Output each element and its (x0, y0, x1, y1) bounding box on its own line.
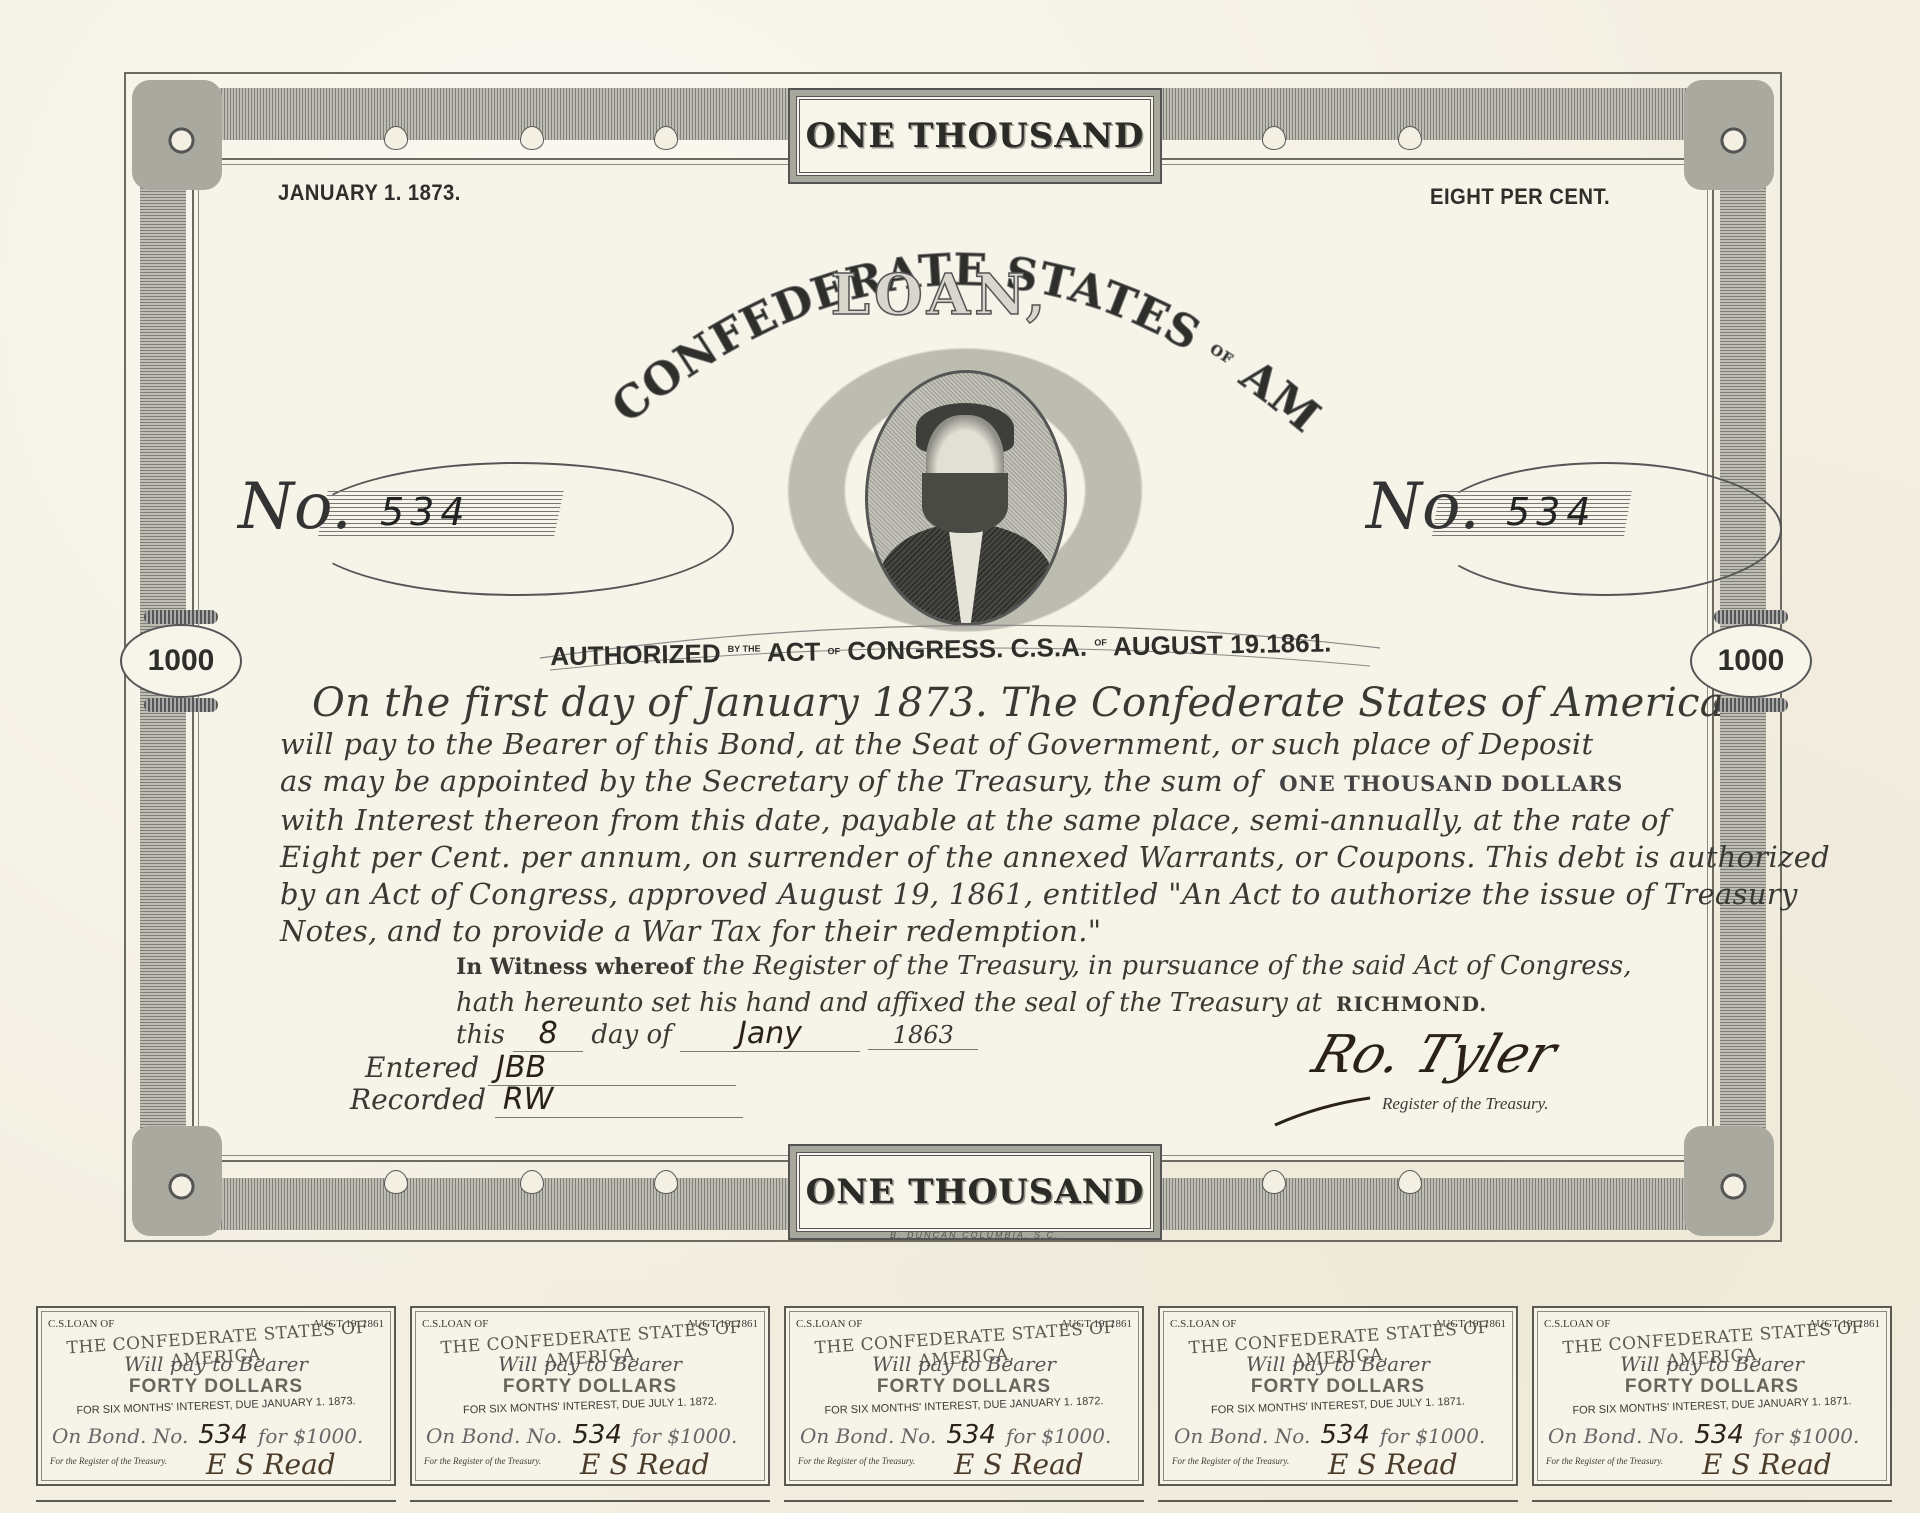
serial-value: 534 (380, 490, 471, 534)
witness-line-1: the Register of the Treasury, in pursuan… (702, 951, 1631, 981)
signature-flourish (1270, 1090, 1380, 1130)
terms-line: On the first day of January 1873. The Co… (280, 680, 1680, 726)
coupon-register-label: For the Register of the Treasury. (1546, 1456, 1663, 1466)
coupon-bond-line: On Bond. No.534for $1000. (1174, 1420, 1514, 1450)
auth-word-3: CONGRESS. C.S.A. (847, 632, 1087, 666)
coupon: C.S.LOAN OF AUGT 19. 1861 THE CONFEDERAT… (1532, 1306, 1892, 1486)
coupon-register-label: For the Register of the Treasury. (424, 1456, 541, 1466)
coupon-bond-value: for $1000. (1754, 1424, 1859, 1448)
coupon-bond-number: 534 (1694, 1420, 1744, 1450)
coupon-bond-value: for $1000. (1380, 1424, 1485, 1448)
coupon-bond-line: On Bond. No.534for $1000. (800, 1420, 1140, 1450)
coupon-bond-number: 534 (572, 1420, 622, 1450)
coupon-signature: E S Read (1328, 1448, 1458, 1481)
auth-word-4: AUGUST 19.1861. (1113, 628, 1332, 662)
corner-ornament-top-right (1684, 80, 1774, 190)
coupon: C.S.LOAN OF AUGT 19. 1861 THE CONFEDERAT… (410, 1306, 770, 1486)
fleur-ornament (1262, 1170, 1286, 1194)
portrait-vignette (765, 330, 1165, 650)
auth-by-the: BY THE (728, 643, 761, 654)
corner-ornament-top-left (132, 80, 222, 190)
coupon-bond-value: for $1000. (632, 1424, 737, 1448)
corner-ornament-bottom-right (1684, 1126, 1774, 1236)
coupon-edge (1158, 1500, 1518, 1513)
coupon-bond-label: On Bond. No. (52, 1424, 188, 1448)
coupon-loan-label: C.S.LOAN OF (1170, 1318, 1236, 1330)
coupon-bond-line: On Bond. No.534for $1000. (426, 1420, 766, 1450)
bottom-denomination: ONE THOUSAND (796, 1152, 1154, 1232)
terms-line: with Interest thereon from this date, pa… (280, 802, 1680, 839)
coupon-pay-text: Will pay to Bearer (412, 1352, 768, 1376)
coupon-edge (784, 1500, 1144, 1513)
serial-label: No. (1366, 470, 1480, 544)
coupon-pay-text: Will pay to Bearer (1534, 1352, 1890, 1376)
coupon-loan-label: C.S.LOAN OF (1544, 1318, 1610, 1330)
register-signature: Ro. Tyler (1305, 1025, 1563, 1085)
dated-month: Jany (680, 1016, 860, 1052)
terms-line: as may be appointed by the Secretary of … (280, 763, 1680, 802)
coupon-register-label: For the Register of the Treasury. (50, 1456, 167, 1466)
serial-value: 534 (1506, 490, 1597, 534)
value-medallion-left: 1000 (120, 624, 242, 698)
coupon-bond-label: On Bond. No. (1174, 1424, 1310, 1448)
coupon-loan-label: C.S.LOAN OF (48, 1318, 114, 1330)
serial-label: No. (238, 470, 352, 544)
coupon-loan-label: C.S.LOAN OF (796, 1318, 862, 1330)
coupon-bond-number: 534 (198, 1420, 248, 1450)
auth-word-1: AUTHORIZED (550, 638, 721, 671)
witness-clause: In Witness whereof the Register of the T… (456, 948, 1696, 1022)
recorded-label: Recorded (350, 1083, 486, 1116)
fleur-ornament (520, 126, 544, 150)
dated-year: 1863 (868, 1021, 978, 1050)
terms-line: Eight per Cent. per annum, on surrender … (280, 839, 1680, 876)
corner-ornament-bottom-left (132, 1126, 222, 1236)
coupon-bond-label: On Bond. No. (1548, 1424, 1684, 1448)
coupon-loan-label: C.S.LOAN OF (422, 1318, 488, 1330)
coupon-signature: E S Read (580, 1448, 710, 1481)
portrait-oval (865, 370, 1067, 626)
dated-day-of: day of (591, 1020, 671, 1050)
witness-line-2: hath hereunto set his hand and affixed t… (456, 988, 1322, 1018)
authorization-banner: AUTHORIZED BY THE ACT OF CONGRESS. C.S.A… (520, 608, 1400, 668)
auth-of-2: OF (1094, 637, 1107, 647)
title-of: OF (1207, 341, 1236, 368)
coupon: C.S.LOAN OF AUGT 19. 1861 THE CONFEDERAT… (36, 1306, 396, 1486)
witness-city: RICHMOND. (1336, 992, 1487, 1016)
fleur-ornament (1398, 1170, 1422, 1194)
auth-of-1: OF (827, 646, 840, 656)
recorded-initials: RW (495, 1082, 743, 1118)
coupon-edge (410, 1500, 770, 1513)
auth-word-2: ACT (767, 636, 821, 667)
coupon-signature: E S Read (954, 1448, 1084, 1481)
coupon-bond-line: On Bond. No.534for $1000. (52, 1420, 392, 1450)
terms-line: will pay to the Bearer of this Bond, at … (280, 726, 1680, 763)
terms-line-text: as may be appointed by the Secretary of … (280, 764, 1261, 798)
terms-line: Notes, and to provide a War Tax for thei… (280, 913, 1680, 950)
interest-coupons: C.S.LOAN OF AUGT 19. 1861 THE CONFEDERAT… (36, 1306, 1920, 1496)
coupon-edge (1532, 1500, 1892, 1513)
sum-amount: ONE THOUSAND DOLLARS (1279, 771, 1623, 796)
terms-line: by an Act of Congress, approved August 1… (280, 876, 1680, 913)
interest-rate: EIGHT PER CENT. (1430, 184, 1610, 210)
recorded-line: Recorded RW (350, 1082, 743, 1118)
dated-day: 8 (513, 1016, 583, 1052)
coupon-edge (36, 1500, 396, 1513)
maturity-date: JANUARY 1. 1873. (278, 180, 461, 206)
top-denomination: ONE THOUSAND (796, 96, 1154, 176)
coupon-bond-line: On Bond. No.534for $1000. (1548, 1420, 1888, 1450)
coupon-pay-text: Will pay to Bearer (38, 1352, 394, 1376)
entered-initials: JBB (488, 1050, 736, 1086)
witness-lead: In Witness whereof (456, 954, 694, 980)
bond-terms-text: On the first day of January 1873. The Co… (280, 680, 1680, 950)
fleur-ornament (384, 1170, 408, 1194)
fleur-ornament (384, 126, 408, 150)
coupon-bond-number: 534 (1320, 1420, 1370, 1450)
printer-imprint: B. DUNCAN COLUMBIA. S.C. (890, 1230, 1060, 1240)
coupon-signature: E S Read (1702, 1448, 1832, 1481)
register-title: Register of the Treasury. (1382, 1094, 1549, 1114)
coupon: C.S.LOAN OF AUGT 19. 1861 THE CONFEDERAT… (1158, 1306, 1518, 1486)
entered-label: Entered (365, 1051, 479, 1084)
coupon-bond-label: On Bond. No. (426, 1424, 562, 1448)
fleur-ornament (520, 1170, 544, 1194)
coupon-signature: E S Read (206, 1448, 336, 1481)
loan-heading: LOAN, (790, 262, 1090, 328)
coupon-bond-number: 534 (946, 1420, 996, 1450)
coupon-register-label: For the Register of the Treasury. (1172, 1456, 1289, 1466)
fleur-ornament (654, 1170, 678, 1194)
entered-line: Entered JBB (365, 1050, 736, 1086)
coupon-register-label: For the Register of the Treasury. (798, 1456, 915, 1466)
issue-date-line: this 8 day of Jany 1863 (456, 1016, 1076, 1052)
fleur-ornament (654, 126, 678, 150)
coupon-pay-text: Will pay to Bearer (1160, 1352, 1516, 1376)
coupon: C.S.LOAN OF AUGT 19. 1861 THE CONFEDERAT… (784, 1306, 1144, 1486)
dated-this: this (456, 1020, 505, 1050)
fleur-ornament (1398, 126, 1422, 150)
coupon-bond-label: On Bond. No. (800, 1424, 936, 1448)
coupon-pay-text: Will pay to Bearer (786, 1352, 1142, 1376)
coupon-bond-value: for $1000. (1006, 1424, 1111, 1448)
next-coupon-row-edge (36, 1500, 1920, 1513)
fleur-ornament (1262, 126, 1286, 150)
coupon-bond-value: for $1000. (258, 1424, 363, 1448)
portrait-beard (922, 473, 1008, 533)
